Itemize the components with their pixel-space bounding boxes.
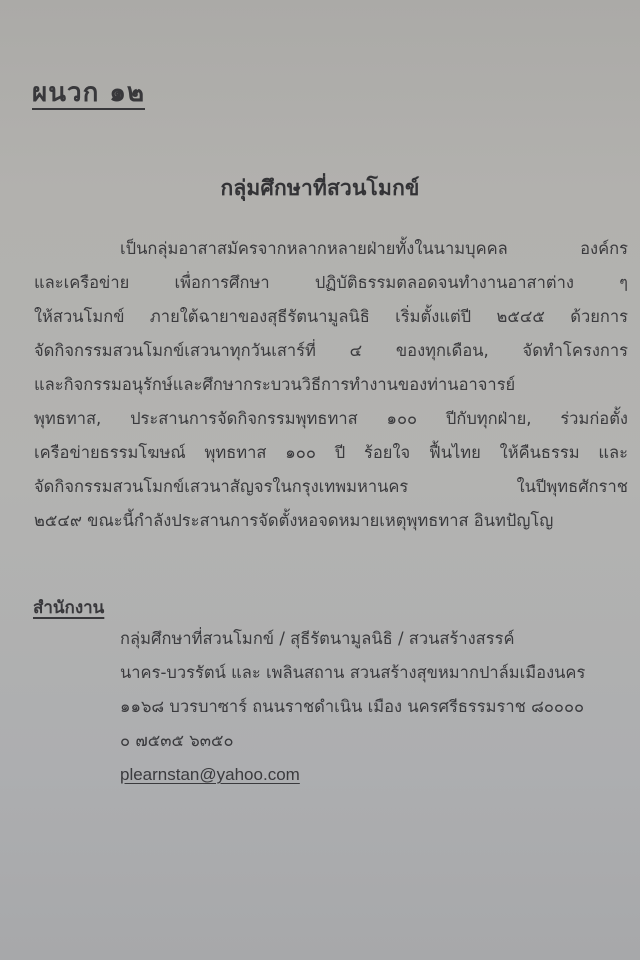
page-title: กลุ่มศึกษาที่สวนโมกข์ (0, 172, 640, 205)
office-organizations: กลุ่มศึกษาที่สวนโมกข์ / สุธีรัตนามูลนิธิ… (120, 622, 630, 656)
office-contact-block: กลุ่มศึกษาที่สวนโมกข์ / สุธีรัตนามูลนิธิ… (120, 622, 630, 792)
office-email-link[interactable]: plearnstan@yahoo.com (120, 758, 630, 792)
paragraph-line: เป็นกลุ่มอาสาสมัครจากหลากหลายฝ่ายทั้งในน… (34, 232, 628, 266)
paragraph-line: เครือข่ายธรรมโฆษณ์ พุทธทาส ๑๐๐ ปี ร้อยใจ… (34, 436, 628, 470)
paragraph-line: ให้สวนโมกข์ ภายใต้ฉายาของสุธีรัตนามูลนิธ… (34, 300, 628, 334)
paragraph-line: พุทธทาส, ประสานการจัดกิจกรรมพุทธทาส ๑๐๐ … (34, 402, 628, 436)
document-page: ผนวก ๑๒ กลุ่มศึกษาที่สวนโมกข์ เป็นกลุ่มอ… (0, 0, 640, 960)
office-location: นาคร-บวรรัตน์ และ เพลินสถาน สวนสร้างสุขห… (120, 656, 630, 690)
paragraph-line: และกิจกรรมอนุรักษ์และศึกษากระบวนวิธีการท… (34, 368, 628, 402)
office-heading: สำนักงาน (33, 594, 104, 621)
office-address: ๑๑๖๘ บวรบาซาร์ ถนนราชดำเนิน เมือง นครศรี… (120, 690, 630, 724)
paragraph-line: และเครือข่าย เพื่อการศึกษา ปฏิบัติธรรมตล… (34, 266, 628, 300)
paragraph-line: จัดกิจกรรมสวนโมกข์เสวนาทุกวันเสาร์ที่ ๔ … (34, 334, 628, 368)
appendix-heading: ผนวก ๑๒ (32, 78, 145, 110)
paragraph-line: ๒๕๔๙ ขณะนี้กำลังประสานการจัดตั้งหอจดหมาย… (34, 504, 628, 538)
office-phone: ๐ ๗๕๓๕ ๖๓๕๐ (120, 724, 630, 758)
body-paragraph: เป็นกลุ่มอาสาสมัครจากหลากหลายฝ่ายทั้งในน… (34, 232, 628, 538)
paragraph-line: จัดกิจกรรมสวนโมกข์เสวนาสัญจรในกรุงเทพมหา… (34, 470, 628, 504)
